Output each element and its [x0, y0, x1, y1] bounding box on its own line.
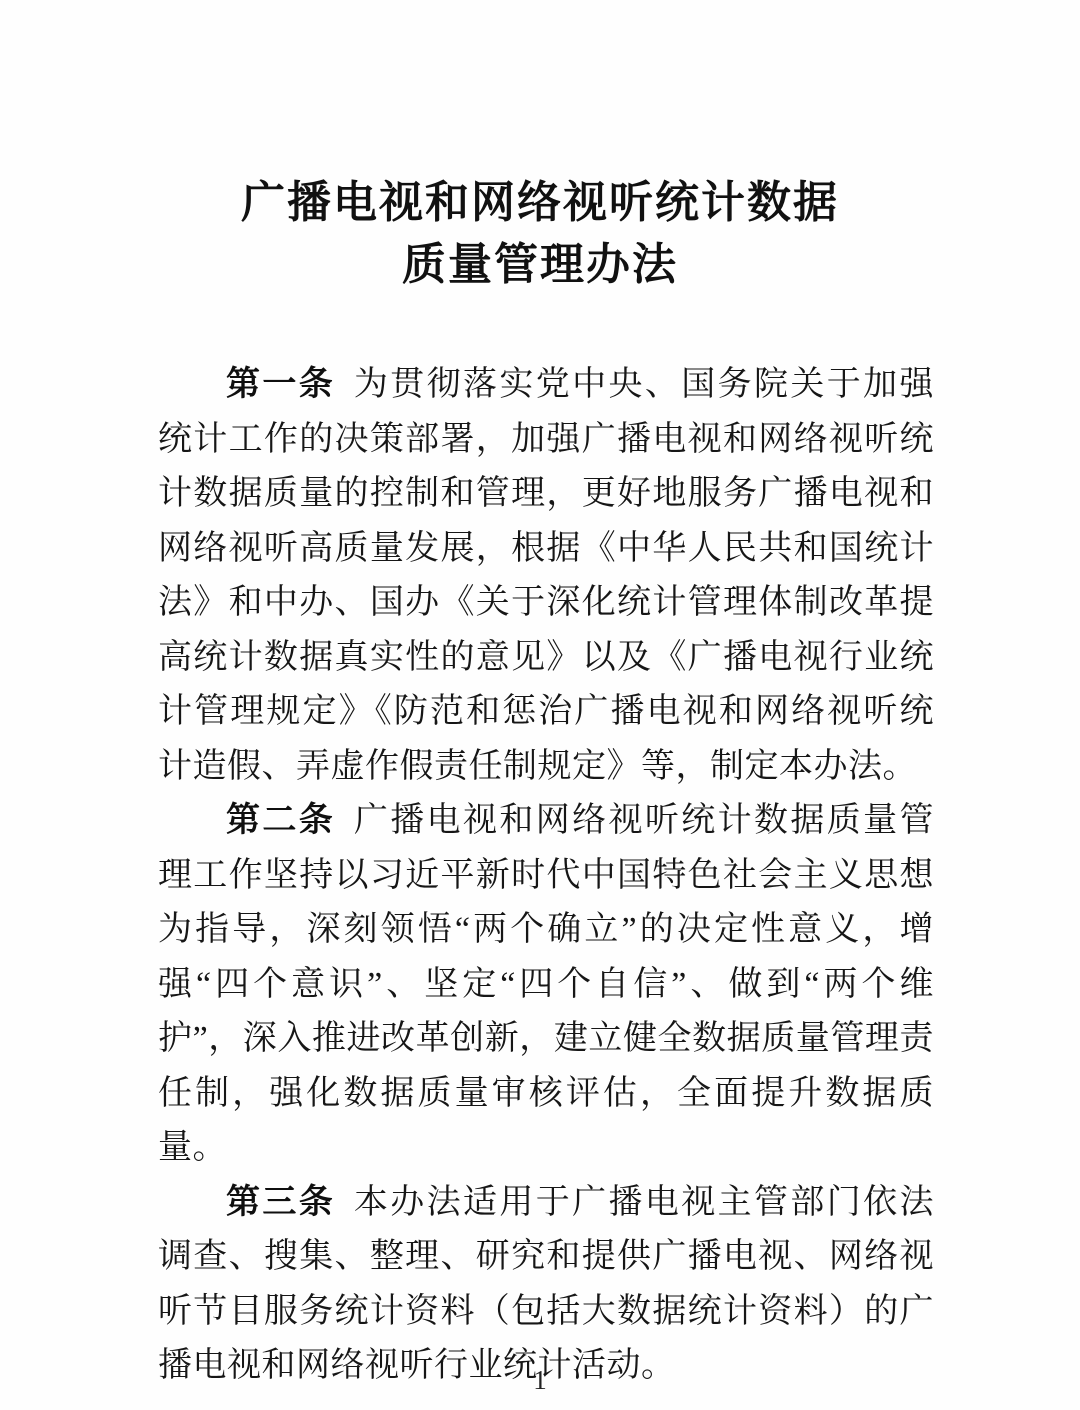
article-2-text: 广播电视和网络视听统计数据质量管理工作坚持以习近平新时代中国特色社会主义思想为指… [158, 802, 934, 1166]
article-paragraph-1: 第一条为贯彻落实党中央、国务院关于加强统计工作的决策部署，加强广播电视和网络视听… [158, 358, 934, 794]
article-paragraph-2: 第二条广播电视和网络视听统计数据质量管理工作坚持以习近平新时代中国特色社会主义思… [158, 794, 934, 1176]
article-1-text: 为贯彻落实党中央、国务院关于加强统计工作的决策部署，加强广播电视和网络视听统计数… [158, 366, 934, 785]
article-1-label: 第一条 [226, 366, 335, 403]
title-line-2: 质量管理办法 [0, 234, 1080, 296]
document-page: 广播电视和网络视听统计数据 质量管理办法 第一条为贯彻落实党中央、国务院关于加强… [0, 0, 1080, 1410]
title-line-1: 广播电视和网络视听统计数据 [0, 172, 1080, 234]
article-2-label: 第二条 [226, 802, 335, 839]
document-title: 广播电视和网络视听统计数据 质量管理办法 [0, 172, 1080, 296]
document-body: 第一条为贯彻落实党中央、国务院关于加强统计工作的决策部署，加强广播电视和网络视听… [158, 358, 934, 1394]
article-3-label: 第三条 [226, 1184, 335, 1221]
article-paragraph-3: 第三条本办法适用于广播电视主管部门依法调查、搜集、整理、研究和提供广播电视、网络… [158, 1176, 934, 1394]
page-number: 1 [0, 1365, 1080, 1396]
